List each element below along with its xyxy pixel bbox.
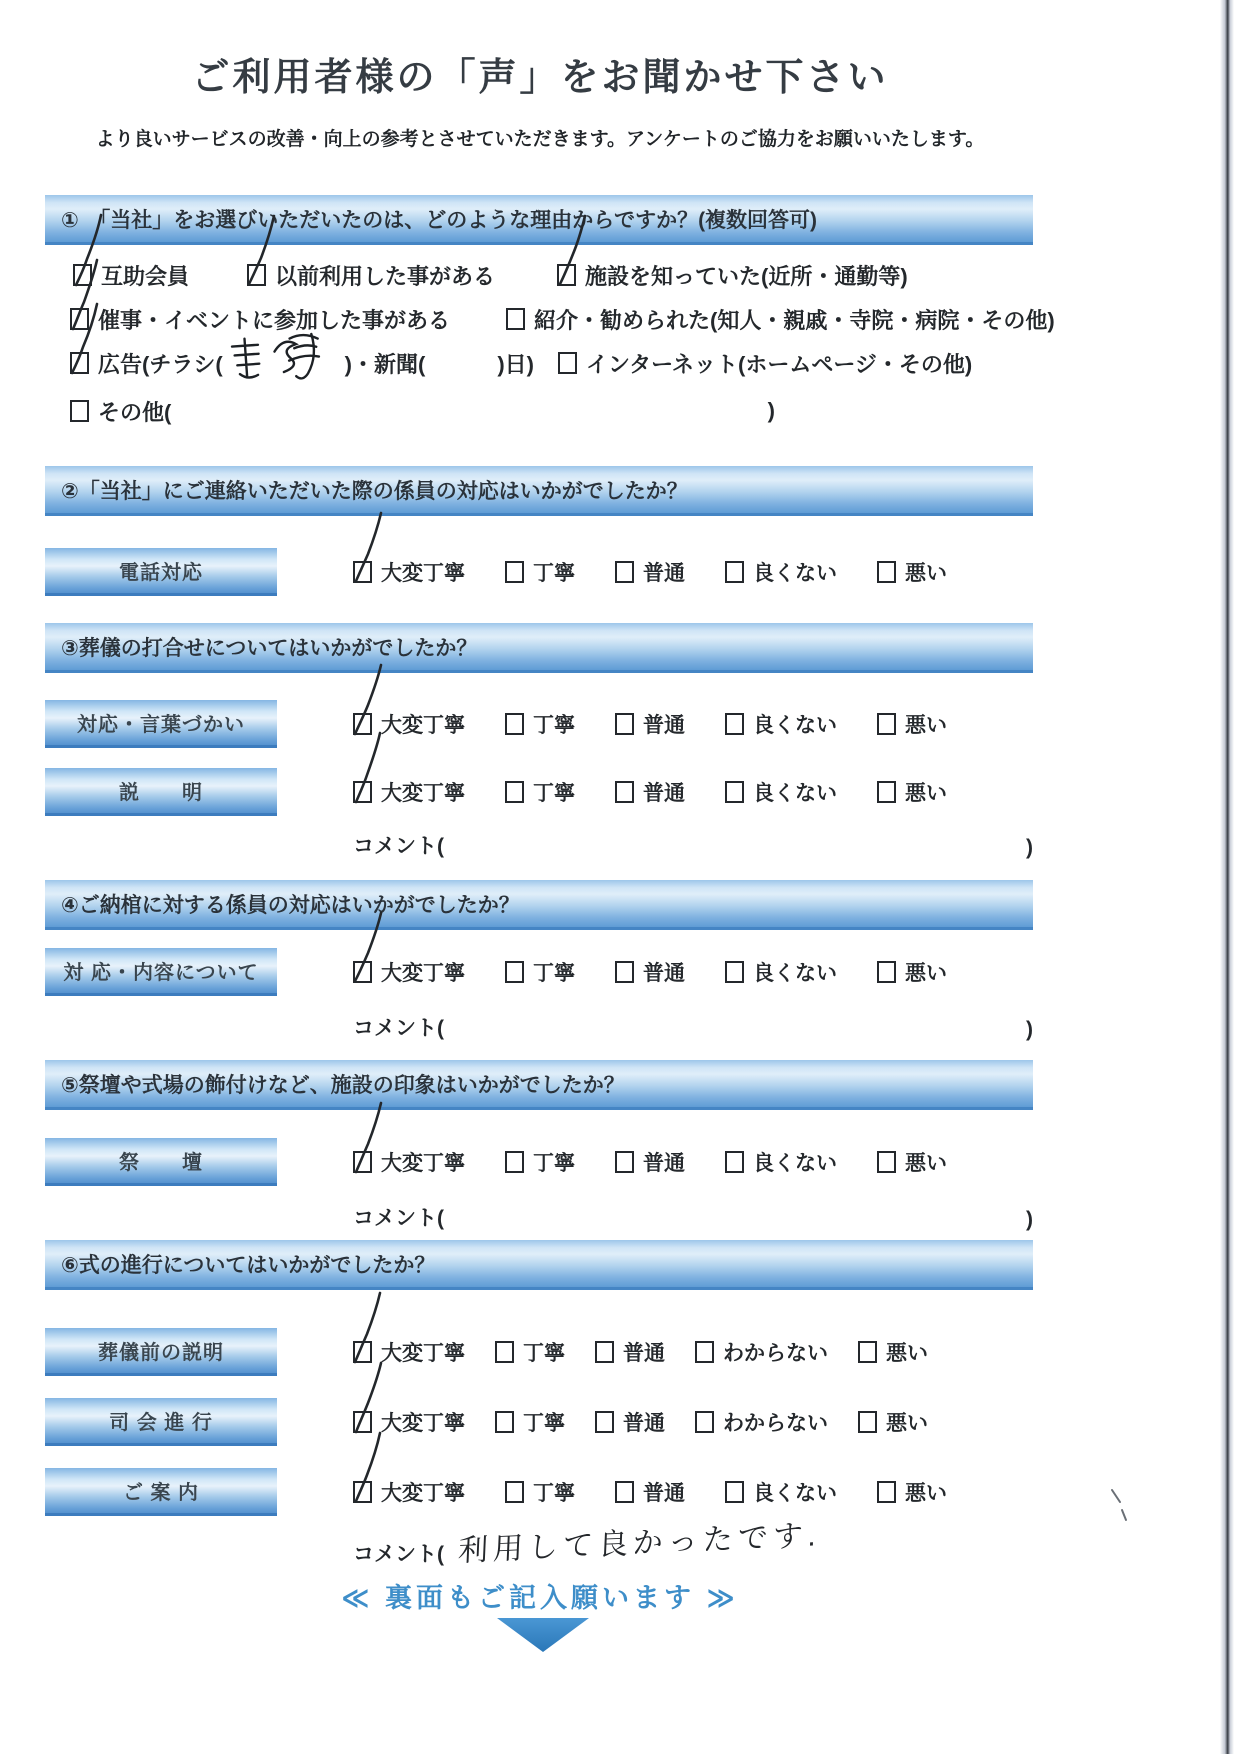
rating-option[interactable]: 丁寧 — [505, 777, 575, 807]
checkbox-option[interactable]: 催事・イベントに参加した事がある — [70, 304, 450, 335]
comment-row: コメント( ) — [353, 1202, 1033, 1232]
comment-label: コメント( — [353, 1202, 444, 1232]
q1-options-row-2: 催事・イベントに参加した事がある 紹介・勧められた(知人・親戚・寺院・病院・その… — [45, 296, 1055, 342]
checkbox[interactable] — [595, 1411, 614, 1433]
checkbox[interactable] — [495, 1411, 514, 1433]
rating-option[interactable]: 大変丁寧 — [353, 1407, 465, 1437]
row-label: 祭 壇 — [119, 1146, 203, 1175]
checkbox[interactable] — [615, 561, 634, 583]
checkbox[interactable] — [877, 713, 896, 735]
rating-option[interactable]: 大変丁寧 — [353, 957, 465, 987]
rating-row: 司 会 進 行 大変丁寧 丁寧 普通 わからない 悪い — [45, 1398, 928, 1446]
page-subtitle: より良いサービスの改善・向上の参考とさせていただきます。アンケートのご協力をお願… — [45, 124, 1035, 151]
other-blank[interactable] — [171, 406, 767, 416]
handwritten-scribble — [223, 327, 345, 391]
checkbox-option[interactable]: 以前利用した事がある — [247, 260, 495, 291]
option-label: 大変丁寧 — [381, 1337, 465, 1367]
rating-option[interactable]: 普通 — [615, 1477, 685, 1507]
check-mark-icon — [351, 509, 383, 585]
checkbox[interactable] — [73, 264, 92, 286]
option-label: 良くない — [753, 957, 837, 987]
checkbox[interactable] — [615, 961, 634, 983]
checkbox[interactable] — [505, 561, 524, 583]
option-label: 施設を知っていた(近所・通勤等) — [585, 260, 908, 291]
checkbox[interactable] — [505, 1151, 524, 1173]
comment-input-area[interactable] — [444, 850, 1026, 860]
checkbox-option[interactable]: 互助会員 — [73, 260, 189, 291]
check-mark-icon — [351, 1289, 383, 1365]
option-label: 良くない — [753, 1147, 837, 1177]
option-label: 丁寧 — [533, 709, 575, 739]
rating-option[interactable]: 普通 — [615, 777, 685, 807]
comment-label: コメント( — [353, 1012, 444, 1042]
rating-option[interactable]: 良くない — [725, 1147, 837, 1177]
comment-row: コメント( ) — [353, 1012, 1033, 1042]
comment-input-area[interactable] — [444, 1222, 1026, 1232]
checkbox[interactable] — [353, 561, 372, 583]
option-label: 良くない — [753, 777, 837, 807]
option-label: ) — [768, 398, 775, 424]
rating-row: 電話対応 大変丁寧 丁寧 普通 良くない 悪い — [45, 548, 947, 596]
option-label: 普通 — [643, 709, 685, 739]
option-label: 悪い — [905, 957, 947, 987]
rating-option[interactable]: 良くない — [725, 1477, 837, 1507]
down-arrow-icon — [497, 1618, 589, 1652]
rating-row: 祭 壇 大変丁寧 丁寧 普通 良くない 悪い — [45, 1138, 947, 1186]
checkbox[interactable] — [353, 713, 372, 735]
rating-option[interactable]: 悪い — [877, 957, 947, 987]
comment-row: コメント( ) — [353, 830, 1033, 860]
rating-option[interactable]: 大変丁寧 — [353, 777, 465, 807]
row-label-box: 対応・言葉づかい — [45, 700, 277, 748]
comment-input-area[interactable]: 利用して良かったです. — [444, 1524, 1033, 1568]
option-label: 以前利用した事がある — [275, 260, 495, 291]
checkbox[interactable] — [505, 961, 524, 983]
option-label: 大変丁寧 — [381, 1477, 465, 1507]
checkbox[interactable] — [353, 1151, 372, 1173]
section-5-heading: ⑤祭壇や式場の飾付けなど、施設の印象はいかがでしたか？ — [61, 1069, 625, 1099]
checkbox-option[interactable]: 紹介・勧められた(知人・親戚・寺院・病院・その他) — [506, 304, 1055, 335]
row-label-box: 電話対応 — [45, 548, 277, 596]
option-label: わからない — [723, 1337, 828, 1367]
rating-row: 対 応・内容について 大変丁寧 丁寧 普通 良くない 悪い — [45, 948, 947, 996]
row-label-box: 司 会 進 行 — [45, 1398, 277, 1446]
rating-option[interactable]: 悪い — [858, 1337, 928, 1367]
option-label: 丁寧 — [533, 957, 575, 987]
rating-option[interactable]: 大変丁寧 — [353, 1337, 465, 1367]
option-label: 普通 — [623, 1337, 665, 1367]
option-label: 悪い — [905, 557, 947, 587]
option-label: 大変丁寧 — [381, 709, 465, 739]
rating-option[interactable]: 悪い — [877, 777, 947, 807]
option-label: 互助会員 — [101, 260, 189, 291]
checkbox-option[interactable]: 広告(チラシ( )・新聞( )日) — [70, 345, 534, 381]
option-label: 大変丁寧 — [381, 1407, 465, 1437]
section-5-header: ⑤祭壇や式場の飾付けなど、施設の印象はいかがでしたか？ — [45, 1060, 1033, 1110]
checkbox[interactable] — [558, 352, 577, 374]
checkbox[interactable] — [858, 1341, 877, 1363]
rating-option[interactable]: 丁寧 — [505, 1147, 575, 1177]
stray-pen-mark — [1108, 1484, 1128, 1524]
checkbox[interactable] — [877, 561, 896, 583]
checkbox[interactable] — [725, 1481, 744, 1503]
rating-row: ご 案 内 大変丁寧 丁寧 普通 良くない 悪い — [45, 1468, 947, 1516]
rating-option[interactable]: 悪い — [877, 1147, 947, 1177]
checkbox[interactable] — [353, 1411, 372, 1433]
option-label: 丁寧 — [533, 777, 575, 807]
q1-options-row-1: 互助会員 以前利用した事がある 施設を知っていた(近所・通勤等) — [45, 252, 908, 298]
option-label: 普通 — [643, 957, 685, 987]
checkbox[interactable] — [615, 781, 634, 803]
section-4-header: ④ご納棺に対する係員の対応はいかがでしたか？ — [45, 880, 1033, 930]
option-label: 紹介・勧められた(知人・親戚・寺院・病院・その他) — [534, 304, 1055, 335]
rating-option[interactable]: 良くない — [725, 709, 837, 739]
checkbox[interactable] — [247, 264, 266, 286]
option-label: 催事・イベントに参加した事がある — [98, 304, 450, 335]
option-label: 丁寧 — [523, 1337, 565, 1367]
checkbox[interactable] — [353, 781, 372, 803]
q1-options-row-3: 広告(チラシ( )・新聞( )日) インターネット(ホームページ・その他) — [45, 340, 972, 386]
rating-option[interactable]: 普通 — [615, 709, 685, 739]
rating-option[interactable]: 大変丁寧 — [353, 557, 465, 587]
section-2-heading: ②「当社」にご連絡いただいた際の係員の対応はいかがでしたか？ — [61, 475, 688, 505]
rating-option[interactable]: 丁寧 — [495, 1407, 565, 1437]
checkbox[interactable] — [353, 1341, 372, 1363]
option-label: 普通 — [643, 557, 685, 587]
checkbox[interactable] — [506, 308, 525, 330]
comment-close: ) — [1026, 1208, 1033, 1232]
comment-input-area[interactable] — [444, 1032, 1026, 1042]
rating-option[interactable]: 普通 — [595, 1337, 665, 1367]
checkbox[interactable] — [505, 1481, 524, 1503]
option-label: 良くない — [753, 709, 837, 739]
row-label-box: ご 案 内 — [45, 1468, 277, 1516]
option-label: 悪い — [905, 777, 947, 807]
rating-option[interactable]: 良くない — [725, 957, 837, 987]
rating-option[interactable]: 普通 — [615, 557, 685, 587]
option-label: 悪い — [886, 1407, 928, 1437]
option-label: )・新聞( — [345, 348, 426, 379]
checkbox[interactable] — [725, 961, 744, 983]
checkbox[interactable] — [353, 1481, 372, 1503]
check-mark-icon — [351, 1099, 383, 1175]
option-label: 丁寧 — [533, 557, 575, 587]
rating-option[interactable]: わからない — [695, 1407, 828, 1437]
section-6-header: ⑥式の進行についてはいかがでしたか？ — [45, 1240, 1033, 1290]
checkbox[interactable] — [725, 781, 744, 803]
checkbox-option[interactable]: インターネット(ホームページ・その他) — [558, 348, 972, 379]
option-label: 悪い — [905, 1477, 947, 1507]
rating-option[interactable]: 丁寧 — [505, 1477, 575, 1507]
option-label: 広告(チラシ( — [98, 348, 223, 379]
option-label: その他( — [98, 396, 171, 427]
rating-option[interactable]: 普通 — [595, 1407, 665, 1437]
row-label-box: 葬儀前の説明 — [45, 1328, 277, 1376]
rating-option[interactable]: 普通 — [615, 1147, 685, 1177]
checkbox[interactable] — [695, 1341, 714, 1363]
option-label: 普通 — [623, 1407, 665, 1437]
checkbox[interactable] — [725, 1151, 744, 1173]
rating-option[interactable]: 普通 — [615, 957, 685, 987]
option-label: わからない — [723, 1407, 828, 1437]
rating-option[interactable]: 丁寧 — [505, 957, 575, 987]
checkbox[interactable] — [615, 1481, 634, 1503]
option-label: 悪い — [886, 1337, 928, 1367]
comment-row: コメント( 利用して良かったです. — [353, 1524, 1033, 1568]
section-6-heading: ⑥式の進行についてはいかがでしたか？ — [61, 1249, 435, 1279]
option-label: 普通 — [643, 1477, 685, 1507]
scan-artifact-line — [1220, 0, 1234, 1754]
checkbox-option[interactable]: 施設を知っていた(近所・通勤等) — [557, 260, 908, 291]
checkbox[interactable] — [70, 308, 89, 330]
rating-option[interactable]: 大変丁寧 — [353, 709, 465, 739]
checkbox[interactable] — [70, 400, 89, 422]
checkbox-option[interactable]: その他( ) — [70, 396, 775, 427]
option-label: 普通 — [643, 1147, 685, 1177]
rating-row: 説 明 大変丁寧 丁寧 普通 良くない 悪い — [45, 768, 947, 816]
section-2-header: ②「当社」にご連絡いただいた際の係員の対応はいかがでしたか？ — [45, 466, 1033, 516]
checkbox[interactable] — [70, 352, 89, 374]
checkbox[interactable] — [725, 561, 744, 583]
page-title: ご利用者様の「声」をお聞かせ下さい — [45, 46, 1035, 101]
option-label: 良くない — [753, 557, 837, 587]
option-label: 悪い — [905, 709, 947, 739]
rating-option[interactable]: 良くない — [725, 557, 837, 587]
option-label: 大変丁寧 — [381, 1147, 465, 1177]
section-4-heading: ④ご納棺に対する係員の対応はいかがでしたか？ — [61, 889, 520, 919]
section-1-header: ① 「当社」をお選びいただいたのは、どのような理由からですか？(複数回答可) — [45, 195, 1033, 245]
footer-note: ≪ 裏面もご記入願います ≫ — [45, 1576, 1035, 1615]
option-label: 良くない — [753, 1477, 837, 1507]
option-label: 普通 — [643, 777, 685, 807]
option-label: 悪い — [905, 1147, 947, 1177]
checkbox[interactable] — [877, 1481, 896, 1503]
rating-row: 対応・言葉づかい 大変丁寧 丁寧 普通 良くない 悪い — [45, 700, 947, 748]
rating-option[interactable]: 悪い — [858, 1407, 928, 1437]
row-label-box: 説 明 — [45, 768, 277, 816]
checkbox[interactable] — [695, 1411, 714, 1433]
option-label: 丁寧 — [533, 1147, 575, 1177]
row-label: 司 会 進 行 — [109, 1406, 213, 1435]
rating-option[interactable]: 丁寧 — [505, 557, 575, 587]
row-label: 説 明 — [119, 776, 203, 805]
checkbox[interactable] — [615, 713, 634, 735]
row-label: 対応・言葉づかい — [77, 708, 245, 737]
rating-option[interactable]: 悪い — [877, 1477, 947, 1507]
rating-option[interactable]: わからない — [695, 1337, 828, 1367]
comment-label: コメント( — [353, 1538, 444, 1568]
checkbox[interactable] — [505, 781, 524, 803]
rating-option[interactable]: 悪い — [877, 557, 947, 587]
checkbox[interactable] — [725, 713, 744, 735]
checkbox[interactable] — [505, 713, 524, 735]
rating-option[interactable]: 大変丁寧 — [353, 1147, 465, 1177]
rating-option[interactable]: 大変丁寧 — [353, 1477, 465, 1507]
survey-page: ご利用者様の「声」をお聞かせ下さい より良いサービスの改善・向上の参考とさせてい… — [0, 0, 1240, 1754]
checkbox[interactable] — [877, 1151, 896, 1173]
checkbox[interactable] — [615, 1151, 634, 1173]
section-3-header: ③葬儀の打合せについてはいかがでしたか？ — [45, 623, 1033, 673]
row-label: 葬儀前の説明 — [98, 1336, 224, 1365]
rating-row: 葬儀前の説明 大変丁寧 丁寧 普通 わからない 悪い — [45, 1328, 928, 1376]
handwritten-comment: 利用して良かったです. — [457, 1510, 822, 1570]
rating-option[interactable]: 悪い — [877, 709, 947, 739]
checkbox[interactable] — [877, 961, 896, 983]
row-label: 対 応・内容について — [63, 956, 258, 985]
option-label: )日) — [497, 348, 534, 379]
section-1-heading: ① 「当社」をお選びいただいたのは、どのような理由からですか？(複数回答可) — [61, 204, 817, 234]
q1-options-row-4: その他( ) — [45, 388, 775, 434]
option-label: 大変丁寧 — [381, 777, 465, 807]
checkbox[interactable] — [877, 781, 896, 803]
checkbox[interactable] — [858, 1411, 877, 1433]
option-label: 大変丁寧 — [381, 957, 465, 987]
section-3-heading: ③葬儀の打合せについてはいかがでしたか？ — [61, 632, 477, 662]
checkbox[interactable] — [557, 264, 576, 286]
checkbox[interactable] — [353, 961, 372, 983]
checkbox[interactable] — [595, 1341, 614, 1363]
checkbox[interactable] — [495, 1341, 514, 1363]
comment-close: ) — [1026, 1018, 1033, 1042]
row-label: 電話対応 — [119, 556, 203, 585]
row-label-box: 祭 壇 — [45, 1138, 277, 1186]
rating-option[interactable]: 良くない — [725, 777, 837, 807]
option-label: インターネット(ホームページ・その他) — [586, 348, 972, 379]
comment-label: コメント( — [353, 830, 444, 860]
rating-option[interactable]: 丁寧 — [495, 1337, 565, 1367]
row-label-box: 対 応・内容について — [45, 948, 277, 996]
option-label: 大変丁寧 — [381, 557, 465, 587]
option-label: 丁寧 — [523, 1407, 565, 1437]
row-label: ご 案 内 — [123, 1476, 199, 1505]
option-label: 丁寧 — [533, 1477, 575, 1507]
rating-option[interactable]: 丁寧 — [505, 709, 575, 739]
comment-close: ) — [1026, 836, 1033, 860]
